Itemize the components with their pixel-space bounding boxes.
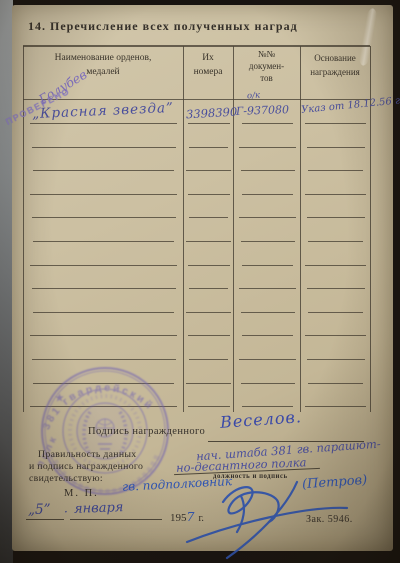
table-row-line [188,123,230,124]
date-month: января [74,500,124,517]
table-row-line [308,312,363,313]
table-row-line [186,170,231,171]
header-basis-line1: Основание [299,53,371,63]
table-column-border [23,46,24,412]
table-column-border [183,46,184,412]
table-row-line [32,288,176,289]
table-row-line [241,312,295,313]
table-row-line [189,359,228,360]
table-row-line [189,288,228,289]
table-row-line [188,194,230,195]
table-row-line [242,123,293,124]
photo-frame: 14. Перечисление всех полученных наград … [0,0,400,563]
award-doc-prefix-entry: о/к [247,91,261,102]
table-row-line [305,265,366,266]
year-handwritten: 7 [187,509,195,524]
certify-line-1: Правильность данных [38,449,136,460]
table-row-line [188,265,230,266]
table-row-line [33,312,174,313]
seal-place-label: М. П. [64,488,99,499]
star-icon: ★ [55,393,64,404]
table-row-line [32,147,176,148]
table-row-line [307,217,365,218]
table-row-line [305,123,366,124]
table-row-line [307,359,365,360]
header-basis-line2: награждения [299,67,371,77]
table-row-line [239,359,296,360]
table-row-line [242,194,293,195]
date-separator: · [64,505,68,519]
header-numbers-line2: номера [184,67,232,77]
table-row-line [307,288,365,289]
date-day: „5” [28,502,51,518]
table-row-line [186,312,231,313]
table-row-line [305,335,366,336]
table-row-line [188,406,230,407]
table-top-border [23,45,370,47]
table-row-line [242,406,293,407]
table-row-line [188,335,230,336]
header-numbers-line1: Их [184,53,232,63]
table-row-line [308,241,363,242]
table-row-line [305,194,366,195]
table-header-separator [23,99,370,100]
certify-line-3: свидетельствую: [29,473,103,484]
header-award-name-line1: Наименование орденов, [28,53,178,63]
table-row-line [189,147,228,148]
header-award-name-line2: медалей [28,67,178,77]
table-row-line [242,265,293,266]
table-row-line [33,170,174,171]
table-row-line [30,194,177,195]
table-row-line [239,217,296,218]
table-row-line [241,170,295,171]
date-day-line [26,519,64,520]
table-row-line [239,288,296,289]
table-row-line [307,147,365,148]
award-doc-number-entry: Г-937080 [236,103,289,118]
date-year: 1957 г. [170,508,204,526]
table-row-line [308,170,363,171]
table-row-line [186,241,231,242]
certify-line-2: и подпись награжденного [29,461,143,472]
table-row-line [186,383,231,384]
date-month-line [70,519,162,520]
table-row-line [33,241,174,242]
table-row-line [308,383,363,384]
year-suffix: г. [198,513,203,524]
table-row-line [242,335,293,336]
header-documents-line1: №№ [234,49,299,59]
table-row-line [189,217,228,218]
table-row-line [30,265,177,266]
table-row-line [241,383,295,384]
header-documents-line3: тов [234,73,299,83]
award-number-entry: 3398390 [186,105,238,122]
table-column-border [233,46,234,412]
header-documents-line2: докумен- [234,61,299,71]
awardee-signature-label: Подпись награжденного [88,426,205,437]
print-order-number: Зак. 5946. [306,514,353,525]
table-row-line [241,241,295,242]
table-row-line [30,335,177,336]
table-row-line [32,217,176,218]
year-printed: 195 [170,512,187,524]
table-row-line [239,147,296,148]
table-row-line [305,406,366,407]
table-column-border [300,46,301,412]
table-row-line [30,123,177,124]
